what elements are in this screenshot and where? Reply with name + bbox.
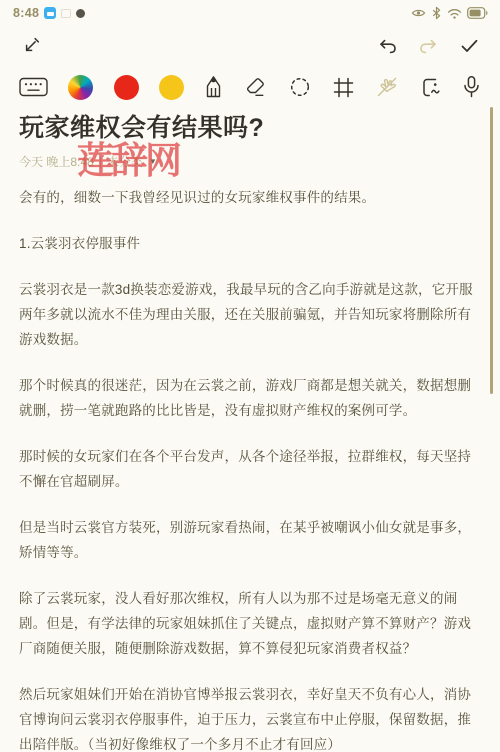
note-category[interactable]: 未分类 [107,153,143,170]
paragraph[interactable]: 1.云裳羽衣停服事件 [19,231,474,256]
paragraph[interactable]: 但是当时云裳官方装死，别游玩家看热闹，在某乎被嘲讽小仙女就是事多，矫情等等。 [19,515,474,565]
notification-app-icon [44,7,56,19]
frame-tool-icon[interactable] [332,76,355,99]
battery-icon [467,7,488,19]
meta-divider: | [99,155,102,169]
color-wheel-swatch[interactable] [68,75,93,100]
eye-protection-icon [411,6,426,20]
eraser-tool-icon[interactable] [243,75,267,99]
wifi-icon [447,7,462,20]
pencil-tool-icon[interactable] [204,75,223,99]
red-color [114,75,139,100]
color-wheel [68,75,93,100]
keyboard-icon[interactable] [19,76,48,98]
status-bar: 8:48 [0,0,500,24]
status-right [411,6,488,20]
note-content: 玩家维权会有结果吗? 今天 晚上8:48 | 未分类 ▼ 会有的，细数一下我曾经… [0,106,500,752]
note-timestamp: 今天 晚上8:48 [19,153,94,170]
note-body: 会有的，细数一下我曾经见识过的女玩家维权事件的结果。 1.云裳羽衣停服事件 云裳… [19,185,474,752]
palm-rejection-icon[interactable] [375,75,399,99]
redo-icon[interactable] [416,34,440,58]
paragraph[interactable]: 云裳羽衣是一款3d换装恋爱游戏，我最早玩的含乙向手游就是这款，它开服两年多就以流… [19,277,474,352]
paragraph[interactable]: 然后玩家姐妹们开始在消协官博举报云裳羽衣，幸好皇天不负有心人，消协官博询问云裳羽… [19,682,474,752]
paragraph[interactable]: 除了云裳玩家，没人看好那次维权，所有人以为那不过是场毫无意义的闹剧。但是，有学法… [19,586,474,661]
paragraph[interactable]: 那时候的女玩家们在各个平台发声，从各个途径举报，拉群维权，每天坚持不懈在官超刷屏… [19,444,474,494]
format-toolbar [0,68,500,106]
handwriting-to-text-icon[interactable] [420,76,443,99]
paragraph[interactable]: 那个时候真的很迷茫，因为在云裳之前，游戏厂商都是想关就关，数据想删就删，捞一笔就… [19,373,474,423]
collapse-icon[interactable] [18,34,42,58]
status-left: 8:48 [13,6,85,20]
note-title[interactable]: 玩家维权会有结果吗? [19,111,474,145]
chevron-down-icon[interactable]: ▼ [149,157,157,166]
note-meta: 今天 晚上8:48 | 未分类 ▼ [19,153,474,170]
bluetooth-icon [431,6,442,20]
action-bar [0,24,500,68]
red-color-swatch[interactable] [114,75,139,100]
undo-icon[interactable] [375,34,399,58]
note-editor-screen: 8:48 [0,0,500,752]
record-dot-icon [76,9,85,18]
faint-badge-icon [61,9,71,18]
paragraph[interactable]: 会有的，细数一下我曾经见识过的女玩家维权事件的结果。 [19,185,474,210]
confirm-check-icon[interactable] [457,34,481,58]
clock-time: 8:48 [13,6,39,20]
voice-input-icon[interactable] [463,75,480,99]
scrollbar[interactable] [490,107,493,394]
yellow-color-swatch[interactable] [159,75,184,100]
lasso-select-icon[interactable] [288,75,312,99]
yellow-color [159,75,184,100]
